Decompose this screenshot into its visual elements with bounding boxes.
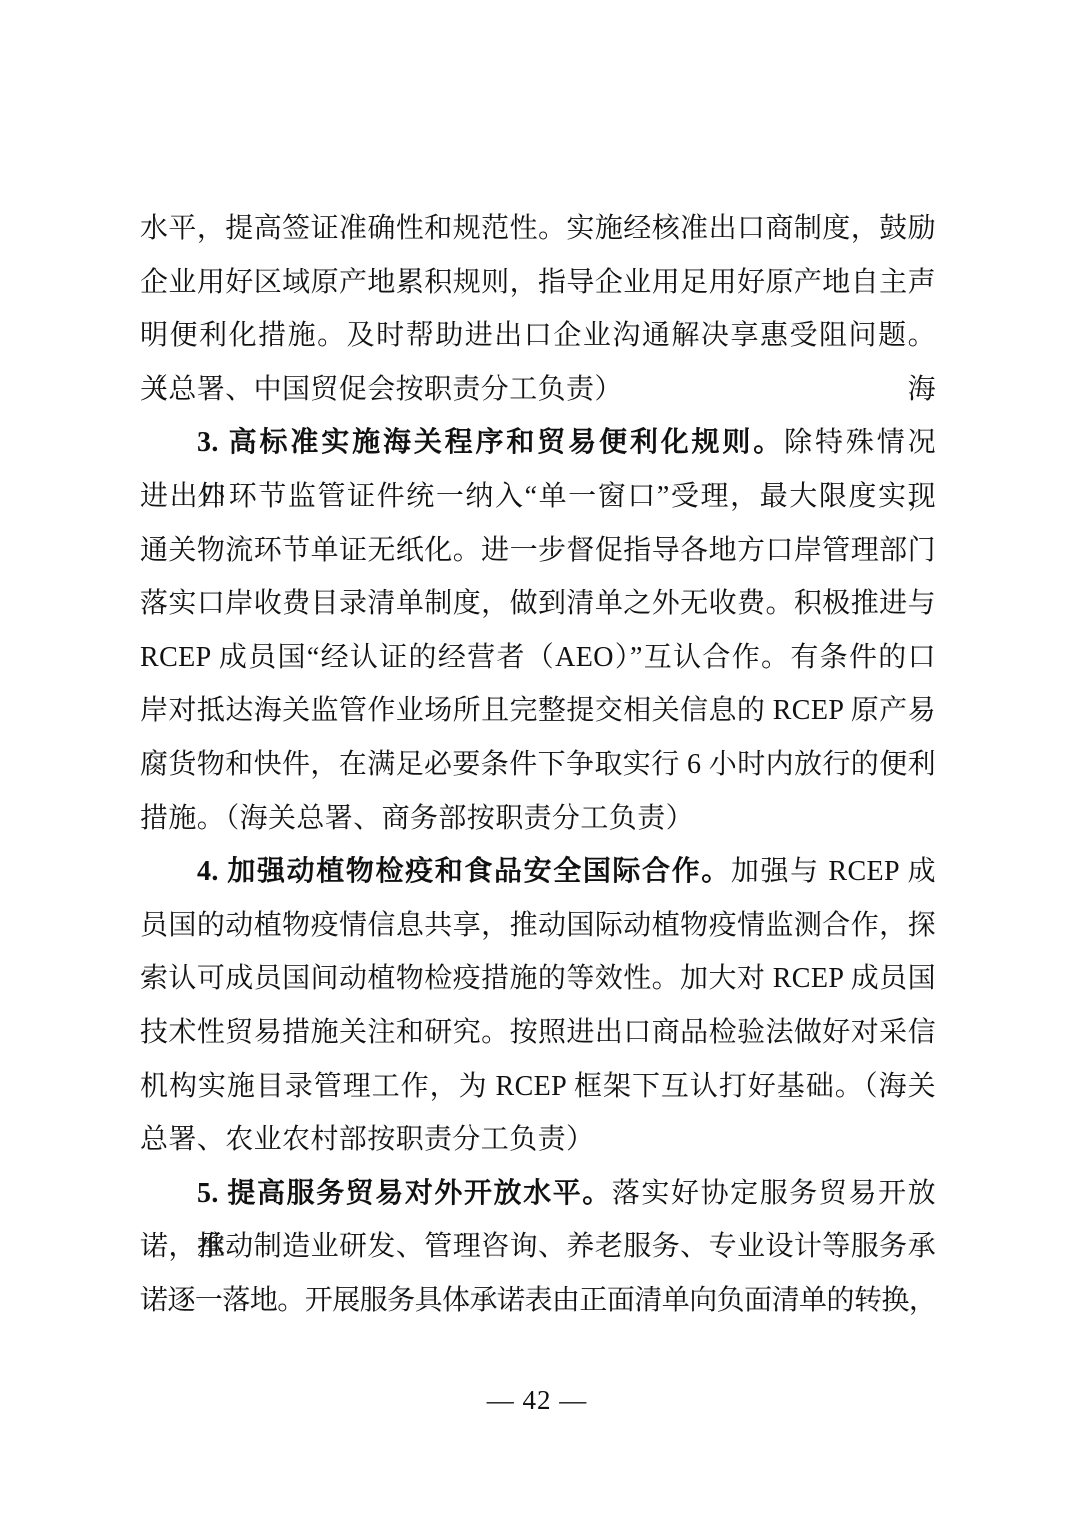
line-text: 措施。（海关总署、商务部按职责分工负责） — [140, 803, 694, 834]
text-line: 机构实施目录管理工作，为 RCEP 框架下互认打好基础。（海关 — [140, 1060, 936, 1114]
line-text: 索认可成员国间动植物检疫措施的等效性。加大对 RCEP 成员国 — [140, 963, 936, 994]
text-line-item-4-heading: 4. 加强动植物检疫和食品安全国际合作。加强与 RCEP 成 — [140, 845, 936, 899]
line-text: 员国的动植物疫情信息共享，推动国际动植物疫情监测合作，探 — [140, 910, 936, 941]
text-line: 诺逐一落地。开展服务具体承诺表由正面清单向负面清单的转换， — [140, 1274, 936, 1328]
text-line: 诺，推动制造业研发、管理咨询、养老服务、专业设计等服务承 — [140, 1220, 936, 1274]
text-line: 措施。（海关总署、商务部按职责分工负责） — [140, 792, 936, 846]
line-text: 岸对抵达海关监管作业场所且完整提交相关信息的 RCEP 原产易 — [140, 695, 936, 726]
line-text: 腐货物和快件，在满足必要条件下争取实行 6 小时内放行的便利 — [140, 749, 936, 780]
item-3-heading-text: 3. 高标准实施海关程序和贸易便利化规则。 — [197, 427, 784, 458]
text-line: 腐货物和快件，在满足必要条件下争取实行 6 小时内放行的便利 — [140, 738, 936, 792]
document-text: 水平，提高签证准确性和规范性。实施经核准出口商制度，鼓励 企业用好区域原产地累积… — [140, 202, 936, 1327]
line-text: 进出口环节监管证件统一纳入“单一窗口”受理，最大限度实现 — [140, 481, 936, 512]
line-text: RCEP 成员国“经认证的经营者（AEO）”互认合作。有条件的口 — [140, 642, 936, 673]
text-line: 水平，提高签证准确性和规范性。实施经核准出口商制度，鼓励 — [140, 202, 936, 256]
page-number: — 42 — — [0, 1380, 1074, 1420]
text-line: 通关物流环节单证无纸化。进一步督促指导各地方口岸管理部门 — [140, 524, 936, 578]
text-line: 明便利化措施。及时帮助进出口企业沟通解决享惠受阻问题。（海 — [140, 309, 936, 363]
item-4-heading-text: 4. 加强动植物检疫和食品安全国际合作。 — [197, 856, 731, 887]
line-text: 企业用好区域原产地累积规则，指导企业用足用好原产地自主声 — [140, 267, 936, 298]
line-text: 落实口岸收费目录清单制度，做到清单之外无收费。积极推进与 — [140, 588, 936, 619]
text-line: 落实口岸收费目录清单制度，做到清单之外无收费。积极推进与 — [140, 577, 936, 631]
text-line: 索认可成员国间动植物检疫措施的等效性。加大对 RCEP 成员国 — [140, 952, 936, 1006]
text-line: 技术性贸易措施关注和研究。按照进出口商品检验法做好对采信 — [140, 1006, 936, 1060]
text-line: 企业用好区域原产地累积规则，指导企业用足用好原产地自主声 — [140, 256, 936, 310]
line-text: 加强与 RCEP 成 — [731, 856, 936, 887]
text-line: 岸对抵达海关监管作业场所且完整提交相关信息的 RCEP 原产易 — [140, 684, 936, 738]
text-line: 进出口环节监管证件统一纳入“单一窗口”受理，最大限度实现 — [140, 470, 936, 524]
text-line-item-5-heading: 5. 提高服务贸易对外开放水平。落实好协定服务贸易开放承 — [140, 1167, 936, 1221]
text-line: 员国的动植物疫情信息共享，推动国际动植物疫情监测合作，探 — [140, 899, 936, 953]
line-text: 关总署、中国贸促会按职责分工负责） — [140, 374, 623, 405]
line-text: 总署、农业农村部按职责分工负责） — [140, 1124, 594, 1155]
line-text: 通关物流环节单证无纸化。进一步督促指导各地方口岸管理部门 — [140, 535, 936, 566]
line-text: 技术性贸易措施关注和研究。按照进出口商品检验法做好对采信 — [140, 1017, 936, 1048]
line-text: 水平，提高签证准确性和规范性。实施经核准出口商制度，鼓励 — [140, 213, 936, 244]
item-5-heading-text: 5. 提高服务贸易对外开放水平。 — [197, 1178, 612, 1209]
text-line: RCEP 成员国“经认证的经营者（AEO）”互认合作。有条件的口 — [140, 631, 936, 685]
line-text: 机构实施目录管理工作，为 RCEP 框架下互认打好基础。（海关 — [140, 1071, 936, 1102]
text-line-item-3-heading: 3. 高标准实施海关程序和贸易便利化规则。除特殊情况外， — [140, 416, 936, 470]
line-text: 诺逐一落地。开展服务具体承诺表由正面清单向负面清单的转换， — [140, 1285, 936, 1316]
line-text: 诺，推动制造业研发、管理咨询、养老服务、专业设计等服务承 — [140, 1231, 936, 1262]
text-line: 总署、农业农村部按职责分工负责） — [140, 1113, 936, 1167]
document-page: 水平，提高签证准确性和规范性。实施经核准出口商制度，鼓励 企业用好区域原产地累积… — [0, 0, 1074, 1520]
